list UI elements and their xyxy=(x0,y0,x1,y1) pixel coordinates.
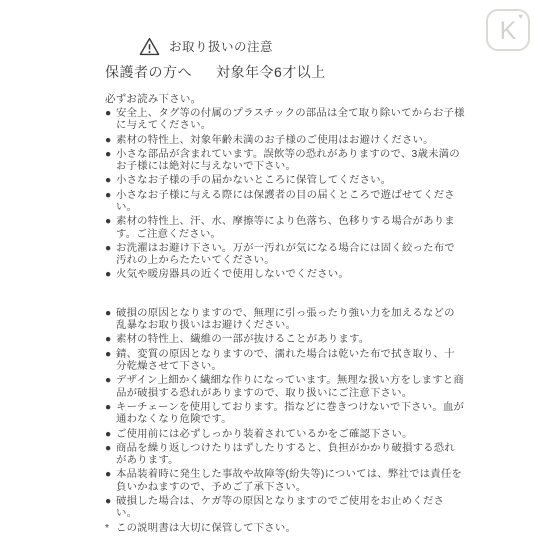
notice-text: ご使用前には必ずしっかり装着されているかをご確認下さい。 xyxy=(116,429,465,441)
notice-item: ● 安全上、タグ等の付属のプラスチックの部品は全て取り除いてからお子様に与えてく… xyxy=(105,108,465,133)
asterisk-marker: * xyxy=(105,523,116,535)
bullet-marker: ● xyxy=(105,402,116,427)
bullet-marker: ● xyxy=(105,108,116,133)
notice-text: 火気や暖房器具の近くで使用しないでください。 xyxy=(116,269,465,281)
bullet-marker: ● xyxy=(105,334,116,346)
audience-label: 保護者の方へ xyxy=(105,62,192,82)
lead-text: 必ずお読み下さい。 xyxy=(105,91,465,106)
notice-text: 本品装着時に発生した事故や故障等(紛失等)については、弊社では責任を負いかねます… xyxy=(116,469,465,494)
bullet-marker: ● xyxy=(105,469,116,494)
notice-text: お洗濯はお避け下さい。万が一汚れが気になる場合には固く絞った布で汚れの上からたた… xyxy=(116,243,465,268)
footnote-item: * この説明書は大切に保管して下さい。 xyxy=(105,523,465,535)
notice-item: ● キーチェーンを使用しております。指などに巻きつけないで下さい。血が通わなくな… xyxy=(105,402,465,427)
brand-logo: K ♥ xyxy=(486,9,530,51)
bullet-marker: ● xyxy=(105,135,116,147)
notice-section-1: ● 安全上、タグ等の付属のプラスチックの部品は全て取り除いてからお子様に与えてく… xyxy=(105,108,465,282)
notice-text: 商品を繰り返しつけたりはずしたりすると、負担がかかり破損する恐れがあります。 xyxy=(116,443,465,468)
notice-item: ● ご使用前には必ずしっかり装着されているかをご確認下さい。 xyxy=(105,429,465,441)
bullet-marker: ● xyxy=(105,308,116,333)
notice-item: ● 錆、変質の原因となりますので、濡れた場合は乾いた布で拭き取り、十分乾燥させて… xyxy=(105,349,465,374)
notice-text: 錆、変質の原因となりますので、濡れた場合は乾いた布で拭き取り、十分乾燥させて下さ… xyxy=(116,349,465,374)
bullet-marker: ● xyxy=(105,349,116,374)
notice-text: 小さなお子様の手の届かないところに保管してください。 xyxy=(116,175,465,187)
bullet-marker: ● xyxy=(105,243,116,268)
notice-item: ● 小さなお子様の手の届かないところに保管してください。 xyxy=(105,175,465,187)
notice-item: ● 火気や暖房器具の近くで使用しないでください。 xyxy=(105,269,465,281)
notice-item: ● 商品を繰り返しつけたりはずしたりすると、負担がかかり破損する恐れがあります。 xyxy=(105,443,465,468)
bullet-marker: ● xyxy=(105,190,116,215)
notice-item: ● 本品装着時に発生した事故や故障等(紛失等)については、弊社では責任を負いかね… xyxy=(105,469,465,494)
notice-section-2: ● 破損の原因となりますので、無理に引っ張ったり強い力を加えるなどの乱暴なお取り… xyxy=(105,308,465,535)
bullet-marker: ● xyxy=(105,496,116,521)
notice-text: 破損した場合は、ケガ等の原因となりますのでご使用をお止めください。 xyxy=(116,496,465,521)
notice-text: 小さなお子様に与える際には保護者の目の届くところで遊ばせてください。 xyxy=(116,190,465,215)
notice-item: ● 素材の特性上、繊維の一部が抜けることがあります。 xyxy=(105,334,465,346)
bullet-marker: ● xyxy=(105,216,116,241)
notice-text: デザイン上細かく繊細な作りになっています。無理な扱い方をしますと商品が破損する恐… xyxy=(116,375,465,400)
notice-text: キーチェーンを使用しております。指などに巻きつけないで下さい。血が通わなくなり危… xyxy=(116,402,465,427)
audience-row: 保護者の方へ 対象年令6才以上 xyxy=(105,62,465,82)
notice-text: 破損の原因となりますので、無理に引っ張ったり強い力を加えるなどの乱暴なお取り扱い… xyxy=(116,308,465,333)
age-label: 対象年令6才以上 xyxy=(216,62,326,82)
warning-triangle-icon xyxy=(139,37,160,56)
notice-item: ● 小さなお子様に与える際には保護者の目の届くところで遊ばせてください。 xyxy=(105,190,465,215)
notice-item: ● 素材の特性上、対象年齢未満のお子様のご使用はお避けください。 xyxy=(105,135,465,147)
notice-text: 安全上、タグ等の付属のプラスチックの部品は全て取り除いてからお子様に与えてくださ… xyxy=(116,108,465,133)
notice-item: ● 小さな部品が含まれています。誤飲等の恐れがありますので、3歳未満のお子様には… xyxy=(105,149,465,174)
notice-item: ● 素材の特性上、汗、水、摩擦等により色落ち、色移りする場合があります。ご注意く… xyxy=(105,216,465,241)
bullet-marker: ● xyxy=(105,175,116,187)
notice-text: 素材の特性上、対象年齢未満のお子様のご使用はお避けください。 xyxy=(116,135,465,147)
notice-text: 素材の特性上、汗、水、摩擦等により色落ち、色移りする場合があります。ご注意くださ… xyxy=(116,216,465,241)
footnote-text: この説明書は大切に保管して下さい。 xyxy=(116,523,465,535)
caution-header: お取り扱いの注意 xyxy=(139,36,465,56)
bullet-marker: ● xyxy=(105,149,116,174)
notice-text: 小さな部品が含まれています。誤飲等の恐れがありますので、3歳未満のお子様には絶対… xyxy=(116,149,465,174)
notice-item: ● お洗濯はお避け下さい。万が一汚れが気になる場合には固く絞った布で汚れの上から… xyxy=(105,243,465,268)
caution-title: お取り扱いの注意 xyxy=(169,37,273,55)
notice-item: ● デザイン上細かく繊細な作りになっています。無理な扱い方をしますと商品が破損す… xyxy=(105,375,465,400)
notice-text: 素材の特性上、繊維の一部が抜けることがあります。 xyxy=(116,334,465,346)
bullet-marker: ● xyxy=(105,375,116,400)
document-body: お取り扱いの注意 保護者の方へ 対象年令6才以上 必ずお読み下さい。 ● 安全上… xyxy=(105,36,465,535)
notice-item: ● 破損した場合は、ケガ等の原因となりますのでご使用をお止めください。 xyxy=(105,496,465,521)
notice-item: ● 破損の原因となりますので、無理に引っ張ったり強い力を加えるなどの乱暴なお取り… xyxy=(105,308,465,333)
bullet-marker: ● xyxy=(105,269,116,281)
instruction-sheet: K ♥ お取り扱いの注意 保護者の方へ 対象年令6才以上 必ずお読み下さい。 ●… xyxy=(0,0,540,540)
bullet-marker: ● xyxy=(105,443,116,468)
bullet-marker: ● xyxy=(105,429,116,441)
heart-icon: ♥ xyxy=(518,13,523,21)
